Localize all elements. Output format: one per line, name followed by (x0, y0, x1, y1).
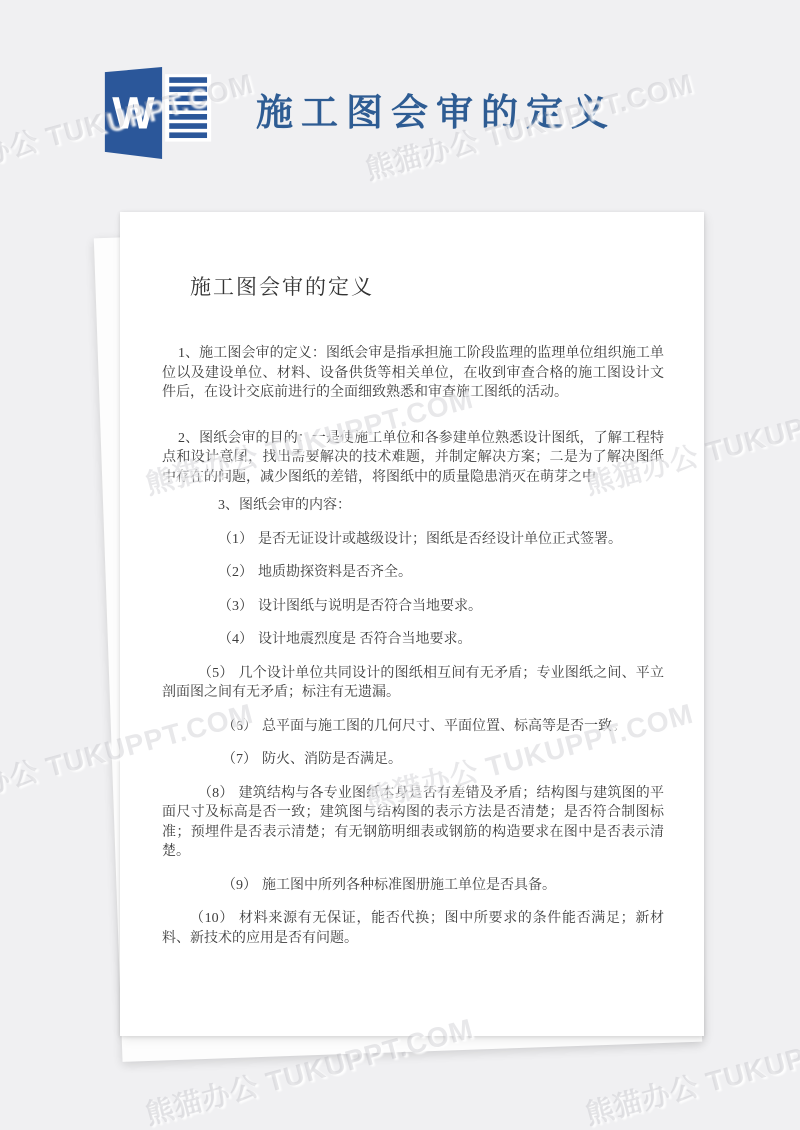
item-number: （1） (218, 532, 253, 547)
item-text: 建筑结构与各专业图纸本身是否有差错及矛盾；结构图与建筑图的平面尺寸及标高是否一致… (162, 786, 664, 860)
word-icon-letter: W (112, 87, 155, 138)
item-text: 地质勘探资料是否齐全。 (258, 565, 412, 580)
list-item: （4）设计地震烈度是 否符合当地要求。 (162, 630, 664, 650)
list-item: （5）几个设计单位共同设计的图纸相互间有无矛盾；专业图纸之间、平立剖面图之间有无… (162, 664, 664, 703)
list-item: （2）地质勘探资料是否齐全。 (162, 563, 664, 583)
document-heading: 施工图会审的定义 (190, 274, 374, 302)
item-number: （10） (190, 911, 234, 926)
item-number: （9） (222, 878, 257, 893)
item-text: 施工图中所列各种标准图册施工单位是否具备。 (262, 878, 556, 893)
section-heading-content: 3、图纸会审的内容： (162, 496, 664, 516)
item-text: 是否无证设计或越级设计；图纸是否经设计单位正式签署。 (258, 532, 622, 547)
page-title: 施工图会审的定义 (256, 90, 616, 138)
item-text: 几个设计单位共同设计的图纸相互间有无矛盾；专业图纸之间、平立剖面图之间有无矛盾；… (162, 666, 664, 701)
list-item: （6）总平面与施工图的几何尺寸、平面位置、标高等是否一致。 (162, 717, 664, 737)
paragraph-purpose: 2、图纸会审的目的：一是使施工单位和各参建单位熟悉设计图纸，了解工程特点和设计意… (162, 429, 664, 488)
list-item: （8）建筑结构与各专业图纸本身是否有差错及矛盾；结构图与建筑图的平面尺寸及标高是… (162, 784, 664, 862)
item-text: 防火、消防是否满足。 (262, 752, 402, 767)
list-item: （3）设计图纸与说明是否符合当地要求。 (162, 597, 664, 617)
item-number: （2） (218, 565, 253, 580)
item-text: 材料来源有无保证，能否代换；图中所要求的条件能否满足；新材料、新技术的应用是否有… (162, 911, 664, 946)
list-item: （9）施工图中所列各种标准图册施工单位是否具备。 (162, 876, 664, 896)
list-item: （1）是否无证设计或越级设计；图纸是否经设计单位正式签署。 (162, 530, 664, 550)
paragraph-definition: 1、施工图会审的定义：图纸会审是指承担施工阶段监理的监理单位组织施工单位以及建设… (162, 344, 664, 403)
item-text: 总平面与施工图的几何尺寸、平面位置、标高等是否一致。 (262, 719, 626, 734)
document-page: 施工图会审的定义 1、施工图会审的定义：图纸会审是指承担施工阶段监理的监理单位组… (120, 212, 704, 1036)
document-body: 1、施工图会审的定义：图纸会审是指承担施工阶段监理的监理单位组织施工单位以及建设… (162, 344, 664, 948)
item-number: （8） (198, 786, 234, 801)
item-number: （4） (218, 632, 253, 647)
item-number: （5） (198, 666, 234, 681)
item-number: （7） (222, 752, 257, 767)
item-number: （6） (222, 719, 257, 734)
item-number: （3） (218, 599, 253, 614)
item-text: 设计地震烈度是 否符合当地要求。 (258, 632, 472, 647)
list-item: （7）防火、消防是否满足。 (162, 750, 664, 770)
item-text: 设计图纸与说明是否符合当地要求。 (258, 599, 482, 614)
word-icon: W (104, 66, 212, 160)
list-item: （10）材料来源有无保证，能否代换；图中所要求的条件能否满足；新材料、新技术的应… (162, 909, 664, 948)
